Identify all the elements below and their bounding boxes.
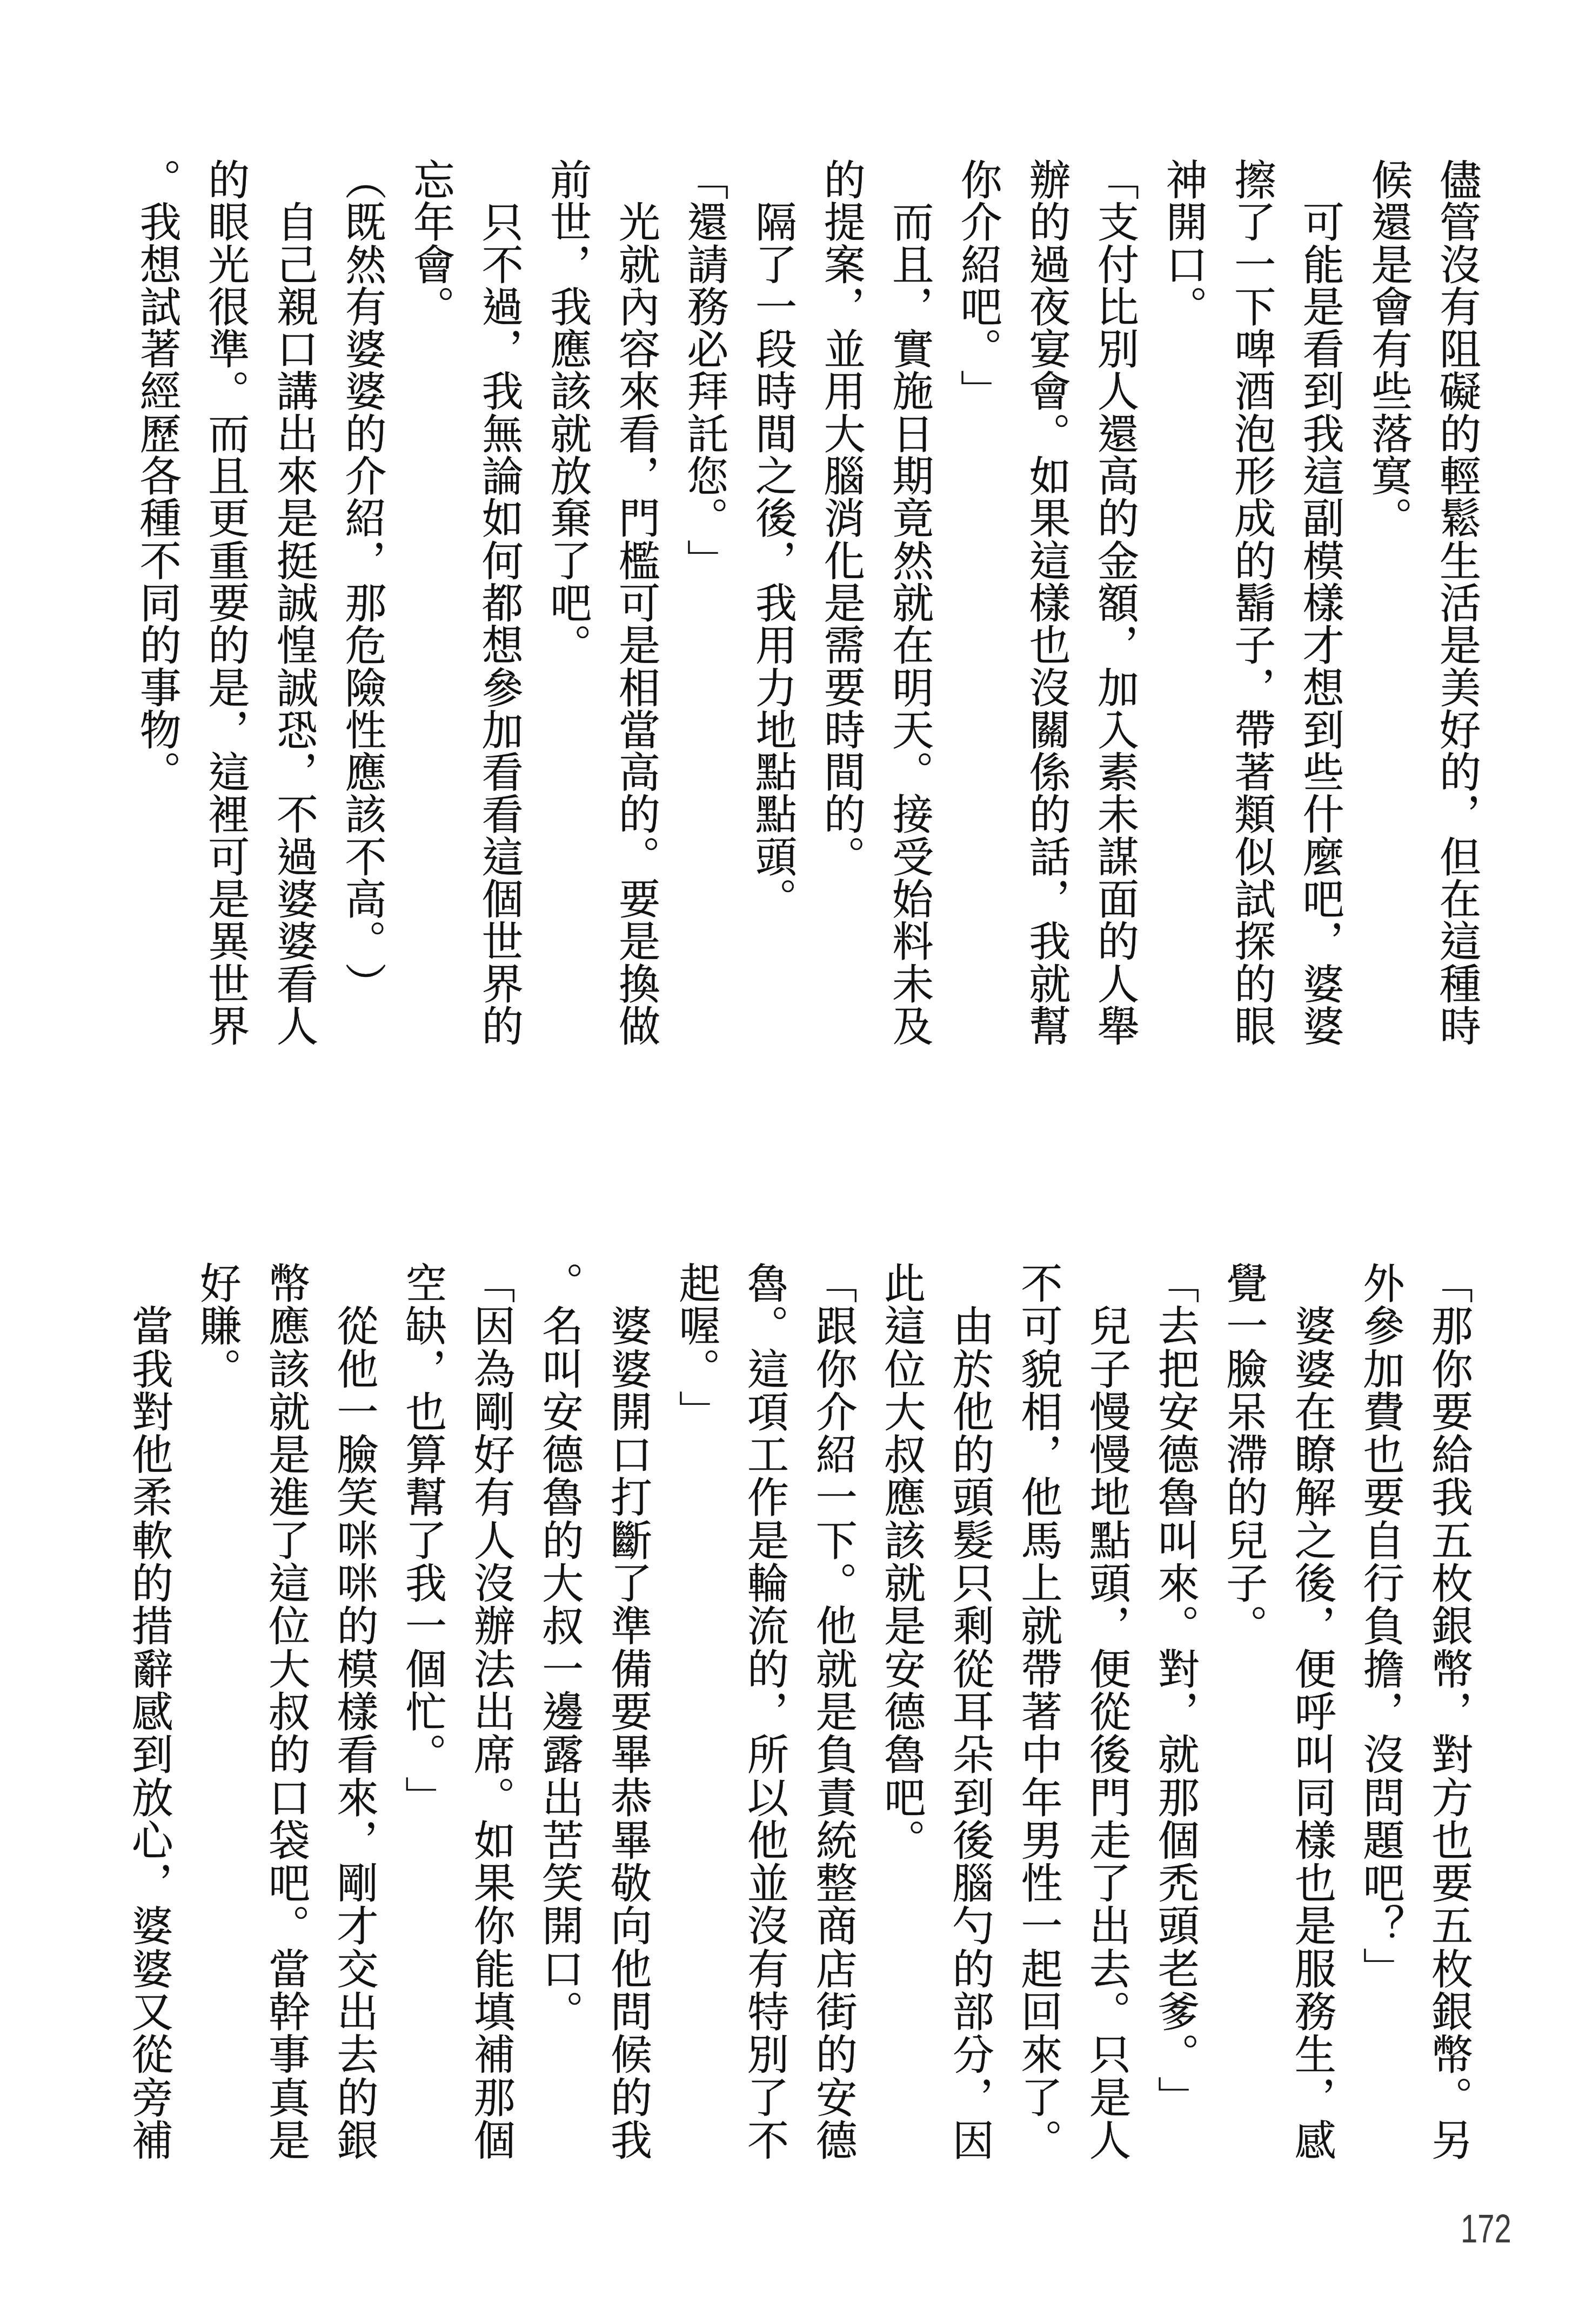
glyph: 個	[388, 1647, 457, 1690]
glyph: 料	[875, 920, 944, 962]
glyph: 」	[1346, 1947, 1414, 1990]
glyph: 了	[533, 539, 601, 581]
glyph: 經	[122, 370, 191, 412]
glyph: 誠	[259, 666, 327, 708]
glyph: 覺	[1209, 1262, 1277, 1304]
glyph: 是	[806, 581, 875, 624]
glyph: 「	[1080, 158, 1148, 200]
glyph: 也	[1414, 1819, 1482, 1861]
glyph: 婆	[593, 1348, 661, 1390]
glyph: 這	[1285, 454, 1354, 497]
glyph: 子	[1217, 624, 1286, 666]
glyph: 咪	[319, 1519, 388, 1562]
glyph: 德	[867, 1690, 935, 1733]
glyph: 額	[1080, 581, 1148, 624]
glyph: 著	[1003, 1690, 1072, 1733]
glyph: 管	[1422, 200, 1490, 243]
glyph: 樣	[1012, 581, 1080, 624]
glyph: 是	[191, 878, 259, 920]
glyph: 他	[593, 1947, 661, 1990]
glyph: 去	[319, 2033, 388, 2075]
glyph: 打	[593, 1476, 661, 1518]
glyph: 。	[806, 835, 875, 878]
glyph: 如	[456, 1819, 525, 1861]
glyph: 從	[114, 2033, 183, 2075]
glyph: 臉	[319, 1433, 388, 1476]
glyph: 他	[319, 1348, 388, 1390]
glyph: 個	[464, 878, 533, 920]
glyph: 一	[738, 285, 806, 327]
glyph: 同	[1277, 1776, 1346, 1819]
glyph: 的	[114, 1562, 183, 1604]
text-column: 候還是會有些落寞。	[1354, 158, 1422, 1047]
glyph: ，	[806, 285, 875, 327]
text-column: 辦的過夜宴會。如果這樣也沒關係的話，我就幫	[1012, 158, 1080, 1047]
indent-space	[875, 158, 944, 200]
glyph: 補	[114, 2119, 183, 2161]
glyph: 銀	[1414, 1604, 1482, 1647]
glyph: 異	[191, 920, 259, 962]
glyph: 呼	[1277, 1690, 1346, 1733]
indent-space	[593, 1262, 661, 1304]
glyph: 頭	[1140, 1904, 1209, 1947]
glyph: 所	[730, 1733, 798, 1776]
glyph: 兒	[1209, 1519, 1277, 1562]
glyph: 眼	[191, 200, 259, 243]
glyph: 誠	[259, 581, 327, 624]
glyph: 的	[1080, 497, 1148, 539]
glyph: 點	[738, 793, 806, 835]
text-column: 忘年會。	[396, 158, 465, 1047]
glyph: 且	[191, 454, 259, 497]
glyph: 期	[875, 454, 944, 497]
glyph: 可	[1285, 200, 1354, 243]
glyph: 。	[525, 1990, 593, 2033]
glyph: 算	[388, 1433, 457, 1476]
glyph: 似	[1217, 835, 1286, 878]
text-column: 的提案，並用大腦消化是需要時間的。	[806, 158, 875, 1047]
glyph: 用	[806, 370, 875, 412]
glyph: 辦	[456, 1604, 525, 1647]
glyph: 及	[875, 1004, 944, 1047]
glyph: 可	[1003, 1304, 1072, 1347]
glyph: 忙	[388, 1690, 457, 1733]
glyph: 的	[1080, 920, 1148, 962]
glyph: 紹	[327, 497, 396, 539]
indent-space	[114, 1262, 183, 1304]
glyph: 來	[1140, 1562, 1209, 1604]
glyph: 輕	[1422, 454, 1490, 497]
glyph: 有	[327, 285, 396, 327]
glyph: 力	[738, 666, 806, 708]
glyph: 擔	[1346, 1647, 1414, 1690]
glyph: 係	[1012, 751, 1080, 793]
glyph: 就	[875, 581, 944, 624]
glyph: 間	[738, 412, 806, 454]
glyph: 喔	[661, 1304, 730, 1347]
glyph: 人	[259, 1004, 327, 1047]
glyph: 看	[464, 751, 533, 793]
glyph: 是	[601, 624, 670, 666]
glyph: 生	[1422, 539, 1490, 581]
glyph: 兒	[1072, 1304, 1140, 1347]
glyph: 統	[798, 1819, 867, 1861]
glyph: 。	[601, 835, 670, 878]
text-column: 「因為剛好有人沒辦法出席。如果你能填補那個	[456, 1262, 525, 2161]
glyph: 世	[533, 200, 601, 243]
glyph: 點	[738, 751, 806, 793]
text-column: 而且，實施日期竟然就在明天。接受始料未及	[875, 158, 944, 1047]
glyph: 介	[798, 1390, 867, 1433]
glyph: 形	[1217, 454, 1286, 497]
glyph: 是	[1285, 285, 1354, 327]
glyph: 類	[1217, 793, 1286, 835]
glyph: 的	[1012, 793, 1080, 835]
glyph: 然	[875, 539, 944, 581]
glyph: 務	[1277, 1990, 1346, 2033]
indent-space	[1277, 1262, 1346, 1304]
glyph: 無	[464, 412, 533, 454]
glyph: 是	[251, 1433, 319, 1476]
glyph: 加	[464, 708, 533, 751]
glyph: 該	[533, 370, 601, 412]
glyph: 點	[1072, 1519, 1140, 1562]
glyph: 光	[191, 243, 259, 285]
glyph: 感	[1277, 2119, 1346, 2161]
text-column: 「還請務必拜託您。」	[670, 158, 738, 1047]
glyph: 必	[670, 327, 738, 370]
glyph: 活	[1422, 581, 1490, 624]
glyph: 施	[875, 370, 944, 412]
upper-text-block: 儘管沒有阻礙的輕鬆生活是美好的，但在這種時 候還是會有些落寞。 可能是看到我這副…	[122, 158, 1490, 1047]
text-column: 不可貌相，他馬上就帶著中年男性一起回來了。	[1003, 1262, 1072, 2161]
glyph: 是	[259, 497, 327, 539]
glyph: 我	[1285, 412, 1354, 454]
glyph: 後	[738, 497, 806, 539]
glyph: 未	[1080, 793, 1148, 835]
glyph: 感	[114, 1690, 183, 1733]
glyph: 就	[251, 1390, 319, 1433]
glyph: 講	[259, 370, 327, 412]
glyph: 果	[1012, 497, 1080, 539]
glyph: 吧	[867, 1776, 935, 1819]
glyph: 能	[456, 1947, 525, 1990]
glyph: 。	[1003, 2119, 1072, 2161]
glyph: 的	[1422, 412, 1490, 454]
glyph: 為	[456, 1348, 525, 1390]
glyph: 。	[327, 920, 396, 962]
glyph: 的	[327, 412, 396, 454]
glyph: 己	[259, 243, 327, 285]
glyph: 那	[456, 2076, 525, 2119]
lower-text-block: 「那你要給我五枚銀幣，對方也要五枚銀幣。另 外參加費也要自行負擔，沒問題吧？」 …	[114, 1262, 1482, 2161]
glyph: 外	[1346, 1262, 1414, 1304]
text-column: 隔了一段時間之後，我用力地點點頭。	[738, 158, 806, 1047]
glyph: 化	[806, 539, 875, 581]
glyph: 接	[875, 793, 944, 835]
glyph: 賺	[183, 1304, 251, 1347]
glyph: 關	[1012, 708, 1080, 751]
glyph: 是	[1422, 624, 1490, 666]
glyph: 神	[1148, 158, 1217, 200]
glyph: 紹	[943, 243, 1012, 285]
glyph: 一	[1003, 1904, 1072, 1947]
glyph: 的	[806, 793, 875, 835]
glyph: 子	[1072, 1348, 1140, 1390]
glyph: 入	[1080, 708, 1148, 751]
glyph: 是	[798, 1690, 867, 1733]
glyph: 歷	[122, 412, 191, 454]
glyph: 檻	[601, 539, 670, 581]
glyph: 幹	[251, 1990, 319, 2033]
glyph: 後	[1277, 1562, 1346, 1604]
glyph: 。	[1414, 2076, 1482, 2119]
glyph: 之	[738, 454, 806, 497]
glyph: 剛	[456, 1390, 525, 1433]
glyph: 樣	[1277, 1819, 1346, 1861]
glyph: 還	[1080, 412, 1148, 454]
glyph: 界	[191, 1004, 259, 1047]
glyph: 。	[730, 1304, 798, 1347]
glyph: 。	[875, 751, 944, 793]
glyph: 一	[525, 1647, 593, 1690]
glyph: ，	[730, 1690, 798, 1733]
glyph: 德	[798, 2119, 867, 2161]
glyph: 自	[1346, 1519, 1414, 1562]
glyph: 部	[935, 1990, 1003, 2033]
glyph: 我	[464, 370, 533, 412]
glyph: 面	[1080, 878, 1148, 920]
glyph: 阻	[1422, 327, 1490, 370]
glyph: 準	[191, 327, 259, 370]
text-column: 空缺，也算幫了我一個忙。」	[388, 1262, 457, 2161]
glyph: ，	[114, 1861, 183, 1904]
glyph: 子	[1209, 1562, 1277, 1604]
glyph: 不	[259, 793, 327, 835]
glyph: 內	[601, 285, 670, 327]
glyph: 以	[730, 1776, 798, 1819]
glyph: 後	[1072, 1733, 1140, 1776]
glyph: 貌	[1003, 1348, 1072, 1390]
glyph: 沒	[730, 1904, 798, 1947]
glyph: 頭	[738, 835, 806, 878]
page-number: 172	[1461, 2209, 1511, 2249]
glyph: 「	[456, 1262, 525, 1304]
glyph: 沒	[1346, 1733, 1414, 1776]
glyph: 婆	[1285, 1004, 1354, 1047]
glyph: ，	[259, 751, 327, 793]
glyph: 年	[1003, 1776, 1072, 1819]
glyph: 席	[456, 1733, 525, 1776]
text-column: 只不過，我無論如何都想參加看看這個世界的	[464, 158, 533, 1047]
glyph: 整	[798, 1861, 867, 1904]
glyph: 看	[601, 412, 670, 454]
glyph: 世	[191, 962, 259, 1004]
glyph: 就	[867, 1562, 935, 1604]
glyph: 在	[1277, 1390, 1346, 1433]
glyph: 何	[464, 539, 533, 581]
glyph: 又	[114, 1990, 183, 2033]
glyph: 當	[251, 1947, 319, 1990]
glyph: 都	[464, 581, 533, 624]
glyph: 只	[935, 1562, 1003, 1604]
glyph: 就	[1140, 1733, 1209, 1776]
glyph: 也	[388, 1390, 457, 1433]
glyph: 口	[251, 1776, 319, 1819]
glyph: 明	[875, 666, 944, 708]
glyph: 出	[319, 1990, 388, 2033]
glyph: 吧	[943, 285, 1012, 327]
glyph: 惶	[259, 624, 327, 666]
glyph: 露	[525, 1733, 593, 1776]
glyph: 謀	[1080, 835, 1148, 878]
glyph: 副	[1285, 497, 1354, 539]
glyph: 更	[191, 497, 259, 539]
glyph: 叔	[525, 1604, 593, 1647]
text-column: 婆婆開口打斷了準備要畢恭畢敬向他問候的我	[593, 1262, 661, 2161]
glyph: 安	[798, 2076, 867, 2119]
glyph: 對	[114, 1390, 183, 1433]
glyph: 銀	[1414, 1990, 1482, 2033]
glyph: 好	[183, 1262, 251, 1304]
glyph: 你	[456, 1904, 525, 1947]
glyph: 安	[525, 1390, 593, 1433]
glyph: 試	[122, 285, 191, 327]
glyph: 了	[1003, 2076, 1072, 2119]
glyph: 高	[327, 878, 396, 920]
glyph: 婆	[1285, 962, 1354, 1004]
glyph: 門	[1072, 1776, 1140, 1819]
glyph: 大	[867, 1390, 935, 1433]
glyph: 婆	[327, 370, 396, 412]
glyph: 笑	[525, 1861, 593, 1904]
glyph: 是	[730, 1519, 798, 1562]
glyph: 也	[1012, 624, 1080, 666]
glyph: 看	[259, 962, 327, 1004]
glyph: 論	[464, 454, 533, 497]
glyph: 店	[798, 1947, 867, 1990]
glyph: 吧	[1346, 1861, 1414, 1904]
glyph: 問	[1346, 1776, 1414, 1819]
glyph: 。	[191, 370, 259, 412]
glyph: 一	[1209, 1304, 1277, 1347]
book-page: 儘管沒有阻礙的輕鬆生活是美好的，但在這種時 候還是會有些落寞。 可能是看到我這副…	[0, 0, 1579, 2324]
glyph: 日	[875, 412, 944, 454]
glyph: 行	[1346, 1562, 1414, 1604]
glyph: 地	[738, 708, 806, 751]
glyph: 始	[875, 878, 944, 920]
glyph: 流	[730, 1604, 798, 1647]
glyph: 候	[593, 2033, 661, 2075]
glyph: 那	[327, 581, 396, 624]
glyph: 務	[670, 285, 738, 327]
glyph: 好	[1422, 708, 1490, 751]
glyph: 人	[1072, 2119, 1140, 2161]
glyph: 需	[806, 624, 875, 666]
glyph: 後	[935, 1819, 1003, 1861]
glyph: 提	[806, 200, 875, 243]
glyph: 不	[327, 835, 396, 878]
glyph: 著	[122, 327, 191, 370]
glyph: 可	[601, 581, 670, 624]
glyph: 該	[867, 1519, 935, 1562]
glyph: 大	[251, 1647, 319, 1690]
glyph: 是	[1354, 243, 1422, 285]
glyph: 時	[1422, 1004, 1490, 1047]
glyph: 叫	[1140, 1519, 1209, 1562]
glyph: 光	[601, 200, 670, 243]
glyph: 因	[935, 2119, 1003, 2161]
glyph: ？	[1346, 1904, 1414, 1947]
glyph: 重	[191, 539, 259, 581]
glyph: 到	[935, 1776, 1003, 1819]
glyph: 。	[251, 1904, 319, 1947]
glyph: 真	[251, 2076, 319, 2119]
glyph: 如	[1012, 454, 1080, 497]
glyph: 落	[1354, 412, 1422, 454]
glyph: 沒	[1012, 666, 1080, 708]
glyph: 」	[943, 370, 1012, 412]
glyph: 畢	[593, 1819, 661, 1861]
glyph: ，	[191, 708, 259, 751]
glyph: 介	[327, 454, 396, 497]
glyph: ）	[327, 962, 396, 1004]
glyph: 別	[730, 2033, 798, 2075]
text-column: 擦了一下啤酒泡形成的鬍子，帶著類似試探的眼	[1217, 158, 1286, 1047]
glyph: 就	[1003, 1604, 1072, 1647]
glyph: 」	[670, 539, 738, 581]
glyph: 把	[1140, 1348, 1209, 1390]
glyph: 就	[601, 243, 670, 285]
glyph: 危	[327, 624, 396, 666]
glyph: 腦	[935, 1861, 1003, 1904]
glyph: 到	[1285, 370, 1354, 412]
glyph: 咪	[319, 1562, 388, 1604]
glyph: 相	[1003, 1390, 1072, 1433]
text-column: 由於他的頭髮只剩從耳朵到後腦勺的部分，因	[935, 1262, 1003, 2161]
glyph: 從	[935, 1647, 1003, 1690]
glyph: 輪	[730, 1562, 798, 1604]
glyph: 模	[319, 1647, 388, 1690]
glyph: 容	[601, 327, 670, 370]
glyph: 。	[661, 1348, 730, 1390]
glyph: 中	[1003, 1733, 1072, 1776]
glyph: 去	[1072, 1947, 1140, 1990]
glyph: 鬆	[1422, 497, 1490, 539]
glyph: 。	[1354, 497, 1422, 539]
glyph: 請	[670, 243, 738, 285]
glyph: 德	[525, 1433, 593, 1476]
glyph: 我	[1012, 920, 1080, 962]
glyph: 幣	[1414, 2033, 1482, 2075]
glyph: 了	[1217, 200, 1286, 243]
glyph: 生	[1277, 2033, 1346, 2075]
glyph: 性	[1003, 1861, 1072, 1904]
glyph: 想	[464, 624, 533, 666]
glyph: 從	[319, 1304, 388, 1347]
glyph: 的	[464, 1004, 533, 1047]
glyph: 介	[943, 200, 1012, 243]
glyph: 街	[798, 1990, 867, 2033]
glyph: 的	[191, 158, 259, 200]
glyph: 叔	[867, 1433, 935, 1476]
glyph: 。	[122, 751, 191, 793]
glyph: 位	[251, 1604, 319, 1647]
glyph: 人	[456, 1519, 525, 1562]
glyph: 起	[661, 1262, 730, 1304]
glyph: 才	[1285, 624, 1354, 666]
glyph: 未	[875, 962, 944, 1004]
